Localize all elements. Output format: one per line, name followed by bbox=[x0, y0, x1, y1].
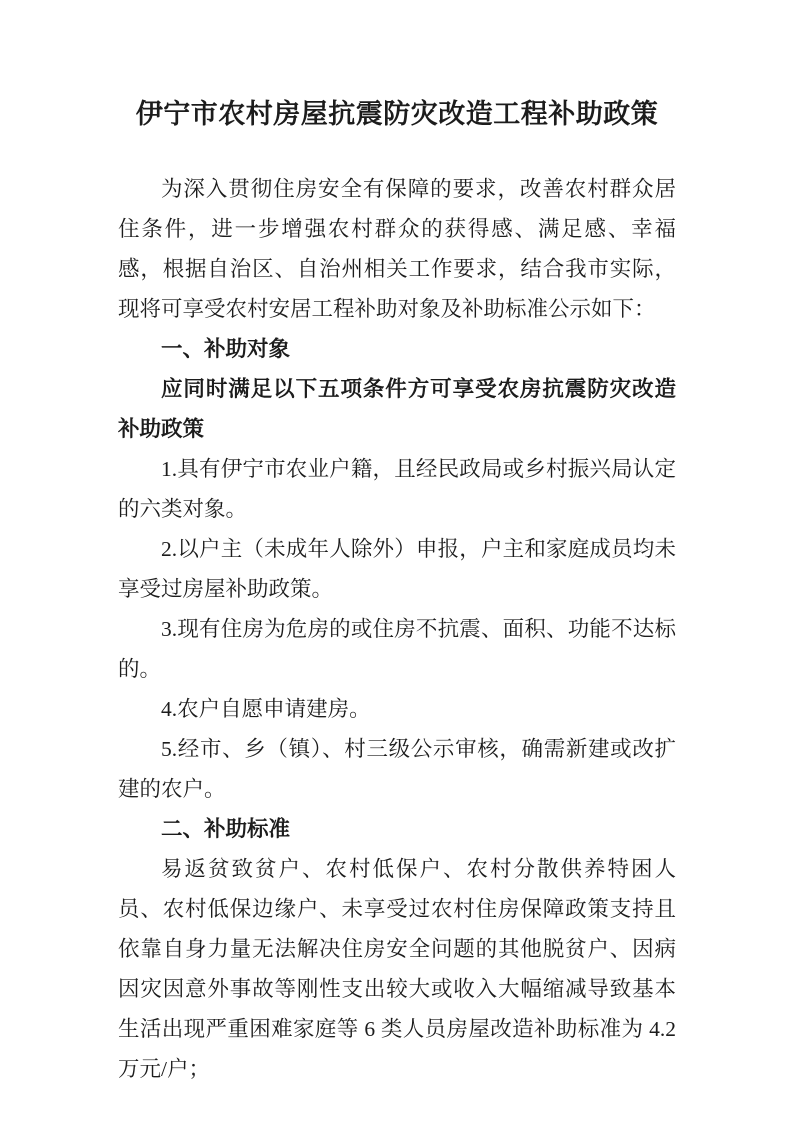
condition-item-4: 4.农户自愿申请建房。 bbox=[118, 689, 676, 729]
section-2-heading: 二、补助标准 bbox=[118, 809, 676, 849]
condition-item-1: 1.具有伊宁市农业户籍，且经民政局或乡村振兴局认定的六类对象。 bbox=[118, 449, 676, 529]
document-title: 伊宁市农村房屋抗震防灾改造工程补助政策 bbox=[118, 88, 676, 140]
condition-item-3: 3.现有住房为危房的或住房不抗震、面积、功能不达标的。 bbox=[118, 609, 676, 689]
intro-paragraph: 为深入贯彻住房安全有保障的要求，改善农村群众居住条件，进一步增强农村群众的获得感… bbox=[118, 169, 676, 329]
condition-item-5: 5.经市、乡（镇）、村三级公示审核，确需新建或改扩建的农户。 bbox=[118, 729, 676, 809]
condition-item-2: 2.以户主（未成年人除外）申报，户主和家庭成员均未享受过房屋补助政策。 bbox=[118, 529, 676, 609]
document-content: 伊宁市农村房屋抗震防灾改造工程补助政策 为深入贯彻住房安全有保障的要求，改善农村… bbox=[118, 88, 676, 1089]
document-page: 伊宁市农村房屋抗震防灾改造工程补助政策 为深入贯彻住房安全有保障的要求，改善农村… bbox=[0, 0, 793, 1122]
section-1-heading: 一、补助对象 bbox=[118, 329, 676, 369]
subsidy-standard-paragraph: 易返贫致贫户、农村低保户、农村分散供养特困人员、农村低保边缘户、未享受过农村住房… bbox=[118, 849, 676, 1089]
conditions-emphasis-paragraph: 应同时满足以下五项条件方可享受农房抗震防灾改造补助政策 bbox=[118, 369, 676, 449]
